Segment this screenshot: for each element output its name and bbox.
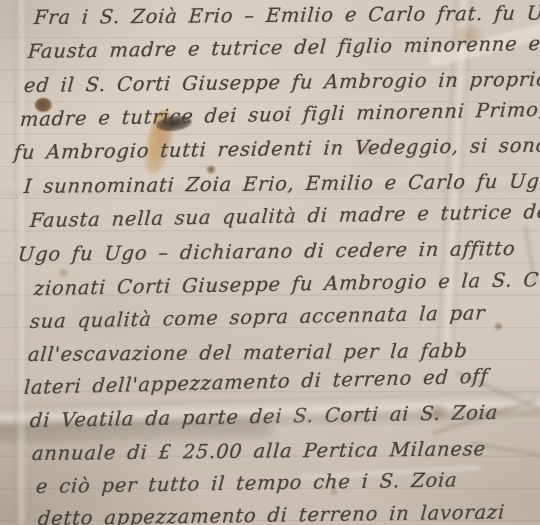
- handwriting-text: Fra i S. Zoià Erio – Emilio e Carlo frat…: [0, 0, 540, 525]
- handwriting-line: zionati Corti Giuseppe fu Ambrogio e la …: [33, 266, 540, 300]
- handwriting-line: Fausta madre e tutrice del figlio minore…: [27, 30, 540, 63]
- manuscript-photo: Fra i S. Zoià Erio – Emilio e Carlo frat…: [0, 0, 540, 525]
- handwriting-line: ed il S. Corti Giuseppe fu Ambrogio in p…: [23, 66, 540, 97]
- handwriting-line: Fausta nella sua qualità di madre e tutr…: [29, 198, 540, 232]
- handwriting-line: di Veatila da parte dei S. Corti ai S. Z…: [29, 398, 540, 432]
- handwriting-line: all'escavazione del material per la fabb: [27, 337, 540, 366]
- handwriting-line: Fra i S. Zoià Erio – Emilio e Carlo frat…: [33, 0, 540, 29]
- handwriting-line: I sunnominati Zoia Erio, Emilio e Carlo …: [23, 168, 540, 198]
- handwriting-line: annuale di £ 25.00 alla Pertica Milanese: [31, 435, 540, 465]
- handwriting-line: fu Ambrogio tutti residenti in Vedeggio,…: [13, 132, 540, 164]
- handwriting-line: Ugo fu Ugo – dichiarano di cedere in aff…: [17, 235, 540, 266]
- handwriting-line: e ciò per tutto il tempo che i S. Zoia: [35, 465, 540, 498]
- handwriting-line: madre e tutrice dei suoi figli minorenni…: [19, 96, 540, 131]
- handwriting-line: lateri dell'appezzamento di terreno ed o…: [23, 360, 540, 399]
- handwriting-line: sua qualità come sopra accennata la par: [29, 298, 540, 333]
- handwriting-line: detto appezzamento di terreno in lavoraz…: [37, 498, 540, 525]
